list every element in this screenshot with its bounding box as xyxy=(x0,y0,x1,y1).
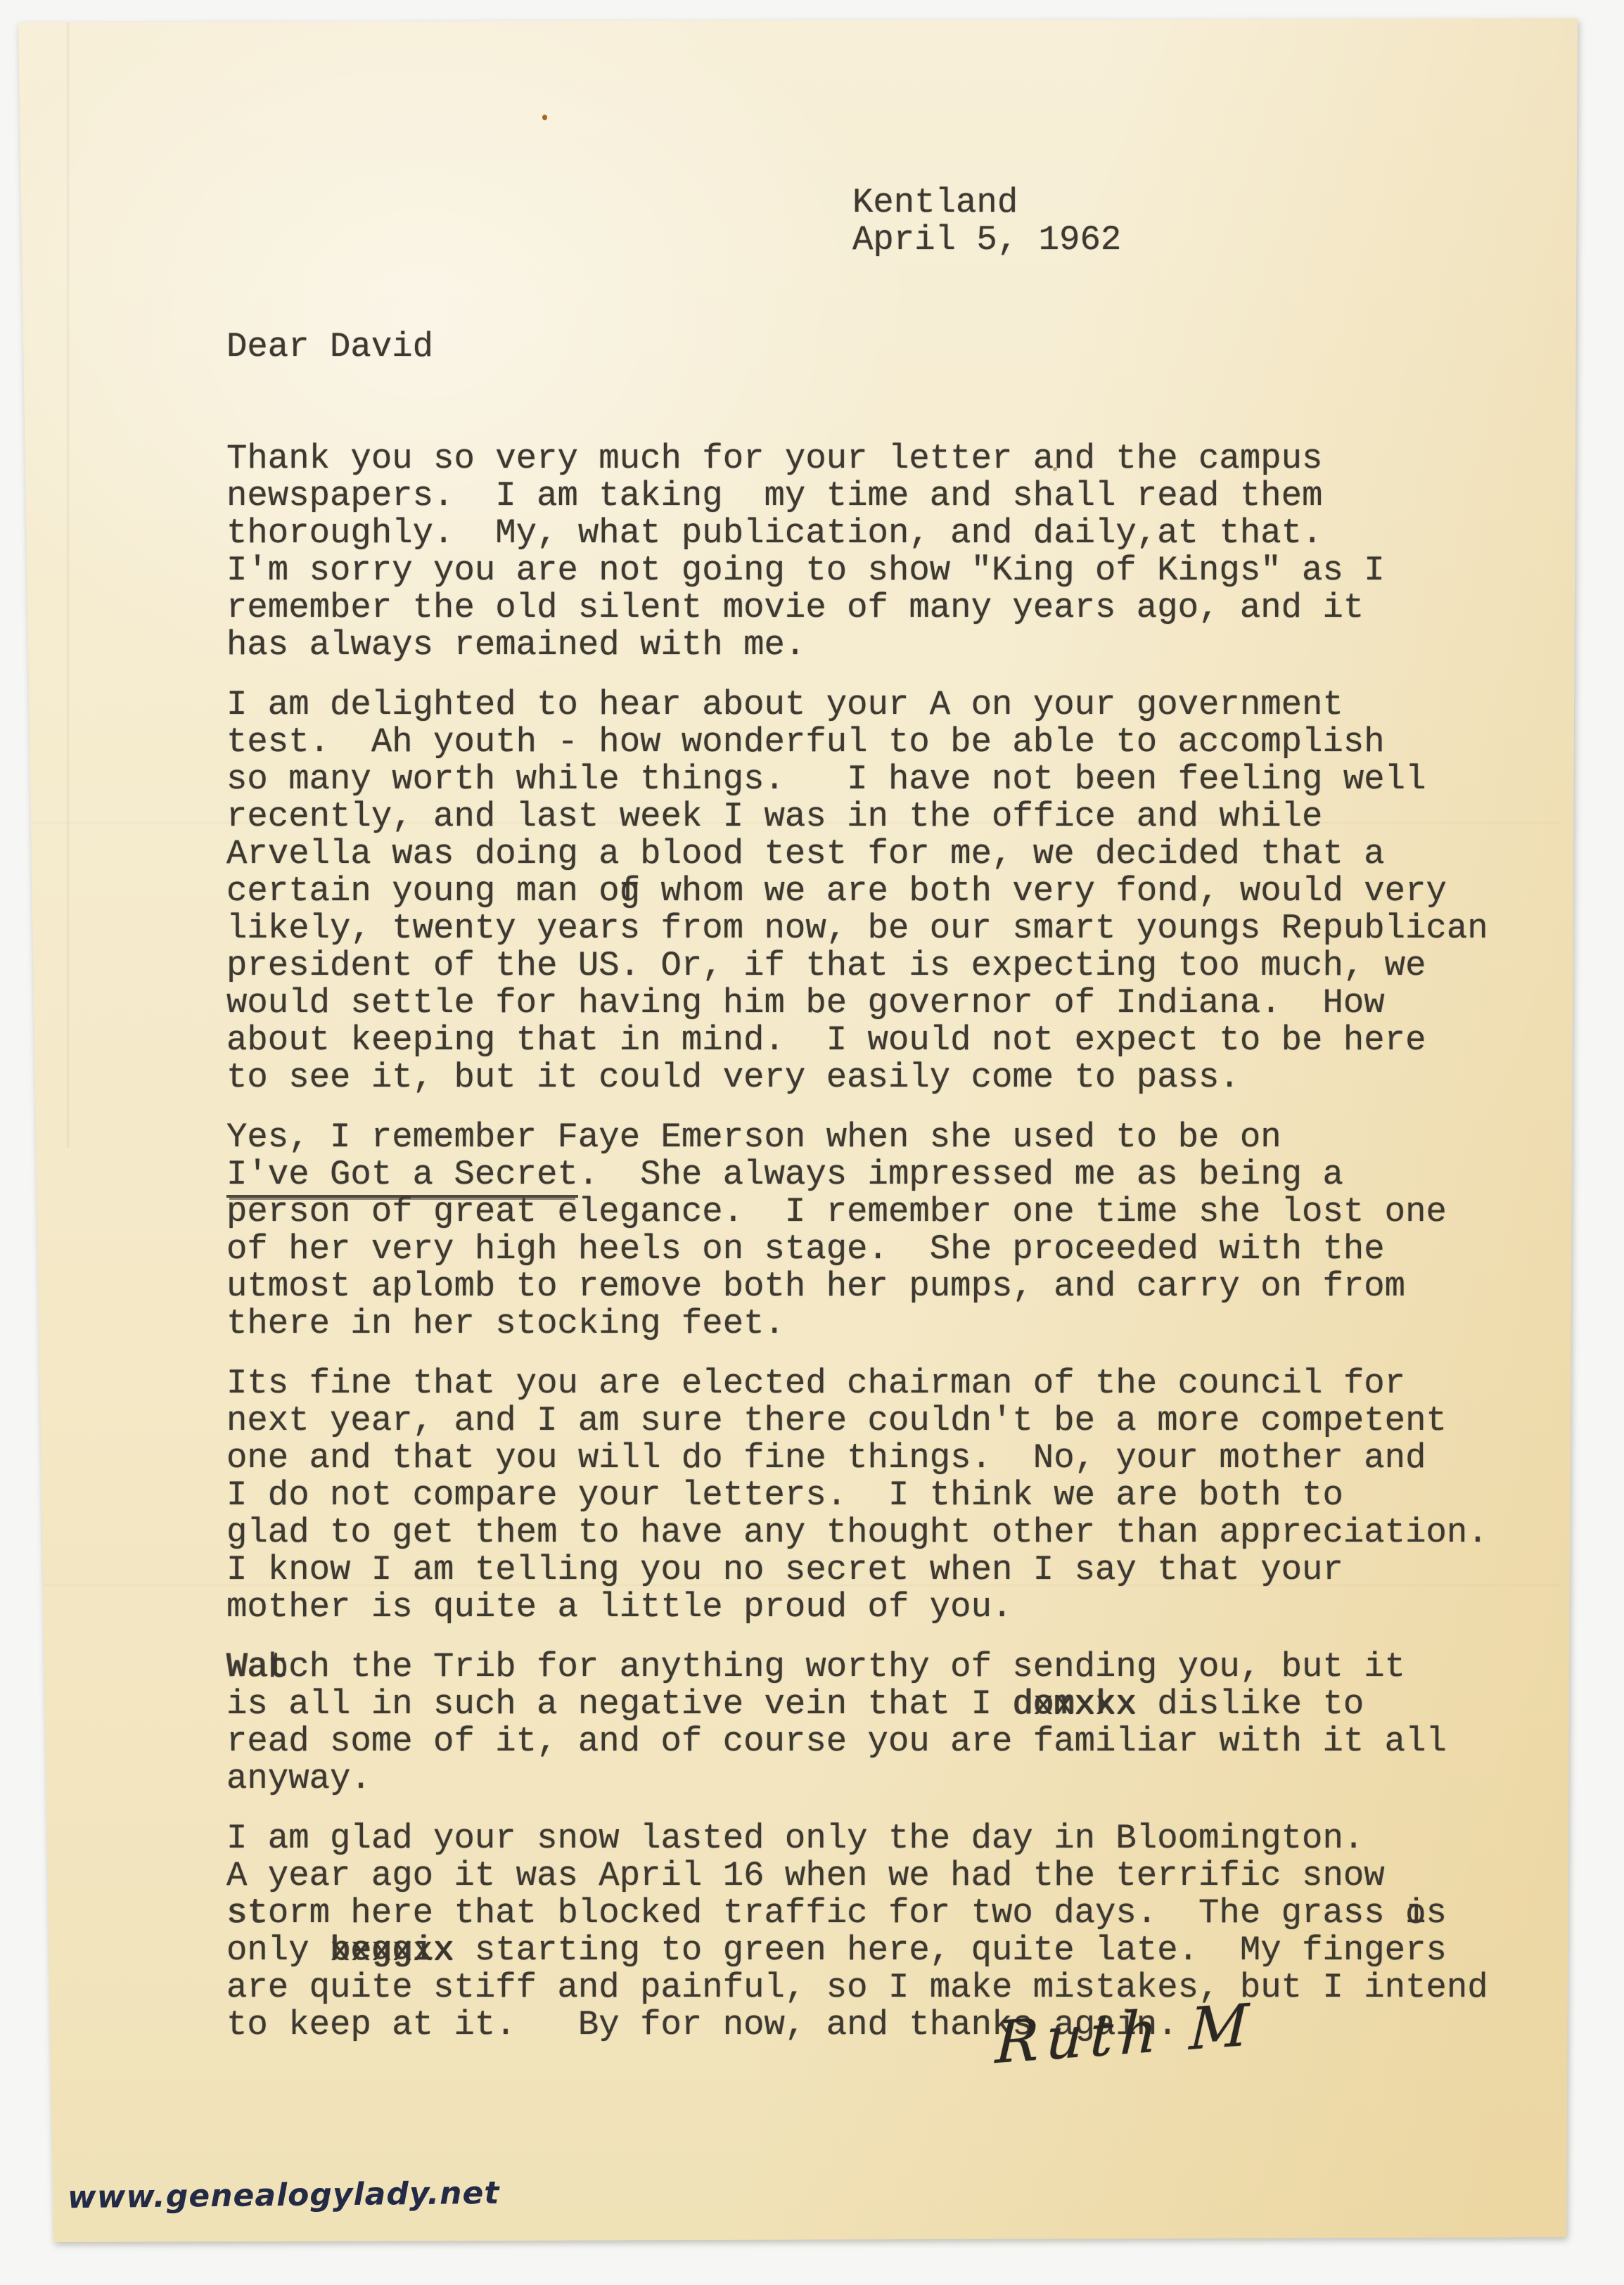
letter-text: remember the old silent movie of many ye… xyxy=(226,588,1364,627)
overstruck-text: domxkx xyxy=(1012,1684,1136,1724)
letter-line: storm here that blocked traffic for two … xyxy=(226,1895,1535,1932)
letter-text: newspapers. I am taking my time and shal… xyxy=(226,476,1322,516)
letter-line: so many worth while things. I have not b… xyxy=(226,761,1535,798)
letter-line: test. Ah youth - how wonderful to be abl… xyxy=(226,724,1535,761)
letter-text: s xyxy=(1426,1893,1446,1933)
letter-line: likely, twenty years from now, be our sm… xyxy=(226,910,1535,947)
letter-line: about keeping that in mind. I would not … xyxy=(226,1022,1535,1059)
letter-text: there in her stocking feet. xyxy=(226,1304,785,1343)
letter-line: to see it, but it could very easily come… xyxy=(226,1059,1535,1096)
letter-paragraph: Watch the Trib for anything worthy of se… xyxy=(226,1649,1535,1798)
letter-text: would settle for having him be governor … xyxy=(226,983,1385,1023)
letter-line: read some of it, and of course you are f… xyxy=(226,1723,1535,1760)
letter-text: glad to get them to have any thought oth… xyxy=(226,1513,1488,1552)
letterhead-place: Kentland xyxy=(852,184,1121,222)
letter-text: likely, twenty years from now, be our sm… xyxy=(226,909,1488,948)
underlined-text: I've Got a Secret xyxy=(226,1155,578,1198)
letter-text: . She always impressed me as being a xyxy=(578,1155,1343,1194)
letter-line: president of the US. Or, if that is expe… xyxy=(226,947,1535,985)
letter-text: mother is quite a little proud of you. xyxy=(226,1587,1012,1627)
letter-text: only xyxy=(226,1931,330,1970)
letter-line: one and that you will do fine things. No… xyxy=(226,1440,1535,1477)
letter-text: st xyxy=(226,1893,268,1933)
letter-paragraph: I am delighted to hear about your A on y… xyxy=(226,686,1535,1096)
letter-text: to see it, but it could very easily come… xyxy=(226,1058,1240,1097)
letter-text: Thank you so very much for your letter a… xyxy=(226,439,1322,478)
letter-text: of her very high heels on stage. She pro… xyxy=(226,1229,1385,1269)
salutation: Dear David xyxy=(226,328,1535,366)
letter-text: whom we are both very fond, would very xyxy=(640,871,1447,911)
letter-page: Kentland April 5, 1962 Dear David Thank … xyxy=(0,0,1624,2285)
letter-text: certain young man o xyxy=(226,871,620,911)
letter-line: A year ago it was April 16 when we had t… xyxy=(226,1857,1535,1895)
letter-text: test. Ah youth - how wonderful to be abl… xyxy=(226,722,1385,762)
letter-line: glad to get them to have any thought oth… xyxy=(226,1514,1535,1551)
letter-text: about keeping that in mind. I would not … xyxy=(226,1020,1426,1060)
letter-line: thoroughly. My, what publication, and da… xyxy=(226,515,1535,552)
letter-line: next year, and I am sure there couldn't … xyxy=(226,1402,1535,1440)
letter-line: Arvella was doing a blood test for me, w… xyxy=(226,836,1535,873)
letter-line: recently, and last week I was in the off… xyxy=(226,798,1535,836)
letter-text: are quite stiff and painful, so I make m… xyxy=(226,1968,1488,2007)
overstruck-text: t xyxy=(268,1647,288,1686)
letter-line: there in her stocking feet. xyxy=(226,1305,1535,1343)
letter-paragraph: Yes, I remember Faye Emerson when she us… xyxy=(226,1119,1535,1343)
letter-line: would settle for having him be governor … xyxy=(226,985,1535,1022)
letter-text: so many worth while things. I have not b… xyxy=(226,760,1426,799)
letter-text: A year ago it was April 16 when we had t… xyxy=(226,1856,1385,1895)
letter-body-column: Dear David Thank you so very much for yo… xyxy=(226,328,1535,2066)
letter-text: is all in such a negative vein that I xyxy=(226,1684,1012,1724)
letter-text: Its fine that you are elected chairman o… xyxy=(226,1364,1405,1403)
letter-line: I know I am telling you no secret when I… xyxy=(226,1551,1535,1589)
letter-line: to keep at it. By for now, and thanks ag… xyxy=(226,2006,1535,2044)
letter-line: person of great elegance. I remember one… xyxy=(226,1193,1535,1231)
letter-text: I am glad your snow lasted only the day … xyxy=(226,1819,1364,1858)
letter-line: Thank you so very much for your letter a… xyxy=(226,440,1535,478)
letter-line: remember the old silent movie of many ye… xyxy=(226,589,1535,627)
letter-text: ch the Trib for anything worthy of sendi… xyxy=(288,1647,1405,1686)
letter-paragraph: I am glad your snow lasted only the day … xyxy=(226,1820,1535,2044)
overstruck-text: beggix xyxy=(330,1931,454,1970)
letter-text: one and that you will do fine things. No… xyxy=(226,1438,1426,1478)
letter-line: is all in such a negative vein that I do… xyxy=(226,1686,1535,1723)
letter-text: Wa xyxy=(226,1647,268,1686)
letter-text: thoroughly. My, what publication, and da… xyxy=(226,513,1322,553)
letter-paragraph: Thank you so very much for your letter a… xyxy=(226,440,1535,664)
letter-line: I've Got a Secret. She always impressed … xyxy=(226,1156,1535,1193)
letter-line: of her very high heels on stage. She pro… xyxy=(226,1231,1535,1268)
letter-line: mother is quite a little proud of you. xyxy=(226,1589,1535,1626)
letter-line: newspapers. I am taking my time and shal… xyxy=(226,478,1535,515)
letter-body: Thank you so very much for your letter a… xyxy=(226,440,1535,2044)
letter-line: anyway. xyxy=(226,1760,1535,1798)
letter-line: has always remained with me. xyxy=(226,627,1535,664)
letter-text: has always remained with me. xyxy=(226,625,805,665)
letterhead: Kentland April 5, 1962 xyxy=(852,184,1121,259)
letter-text: anyway. xyxy=(226,1759,371,1798)
letter-paragraph: Its fine that you are elected chairman o… xyxy=(226,1365,1535,1626)
letter-text: Yes, I remember Faye Emerson when she us… xyxy=(226,1118,1281,1157)
scan-background: Kentland April 5, 1962 Dear David Thank … xyxy=(0,0,1624,2285)
letter-text: I'm sorry you are not going to show "Kin… xyxy=(226,551,1385,590)
letter-line: I am delighted to hear about your A on y… xyxy=(226,686,1535,724)
letter-text: president of the US. Or, if that is expe… xyxy=(226,946,1426,985)
paper-speck xyxy=(542,115,547,120)
letter-text: read some of it, and of course you are f… xyxy=(226,1722,1447,1761)
letter-text: dislike to xyxy=(1137,1684,1364,1724)
letter-line: Watch the Trib for anything worthy of se… xyxy=(226,1649,1535,1686)
letter-text: starting to green here, quite late. My f… xyxy=(454,1931,1446,1970)
letter-line: are quite stiff and painful, so I make m… xyxy=(226,1969,1535,2006)
letter-line: certain young man of whom we are both ve… xyxy=(226,873,1535,910)
letter-text: orm here that blocked traffic for two da… xyxy=(268,1893,1405,1933)
overstruck-text: i xyxy=(1405,1893,1426,1933)
paper-crease xyxy=(66,23,70,1148)
letter-text: I do not compare your letters. I think w… xyxy=(226,1476,1343,1515)
letterhead-date: April 5, 1962 xyxy=(852,222,1121,259)
letter-text: I know I am telling you no secret when I… xyxy=(226,1550,1343,1589)
letter-line: I am glad your snow lasted only the day … xyxy=(226,1820,1535,1857)
letter-text: utmost aplomb to remove both her pumps, … xyxy=(226,1267,1405,1306)
letter-line: I'm sorry you are not going to show "Kin… xyxy=(226,552,1535,589)
letter-text: Arvella was doing a blood test for me, w… xyxy=(226,834,1385,873)
letter-text: recently, and last week I was in the off… xyxy=(226,797,1322,836)
scanned-letter-screenshot: { "page": { "background_hex": "#f6f6f4" … xyxy=(0,0,1624,2285)
letter-text: next year, and I am sure there couldn't … xyxy=(226,1401,1447,1440)
overstruck-text: f xyxy=(620,871,640,911)
letter-line: utmost aplomb to remove both her pumps, … xyxy=(226,1268,1535,1305)
letter-line: only beggix starting to green here, quit… xyxy=(226,1932,1535,1969)
letter-line: I do not compare your letters. I think w… xyxy=(226,1477,1535,1514)
letter-text: person of great elegance. I remember one… xyxy=(226,1192,1447,1231)
letter-line: Its fine that you are elected chairman o… xyxy=(226,1365,1535,1402)
watermark-url: www.genealogylady.net xyxy=(68,2175,500,2215)
letter-text: I am delighted to hear about your A on y… xyxy=(226,685,1343,724)
letter-line: Yes, I remember Faye Emerson when she us… xyxy=(226,1119,1535,1156)
